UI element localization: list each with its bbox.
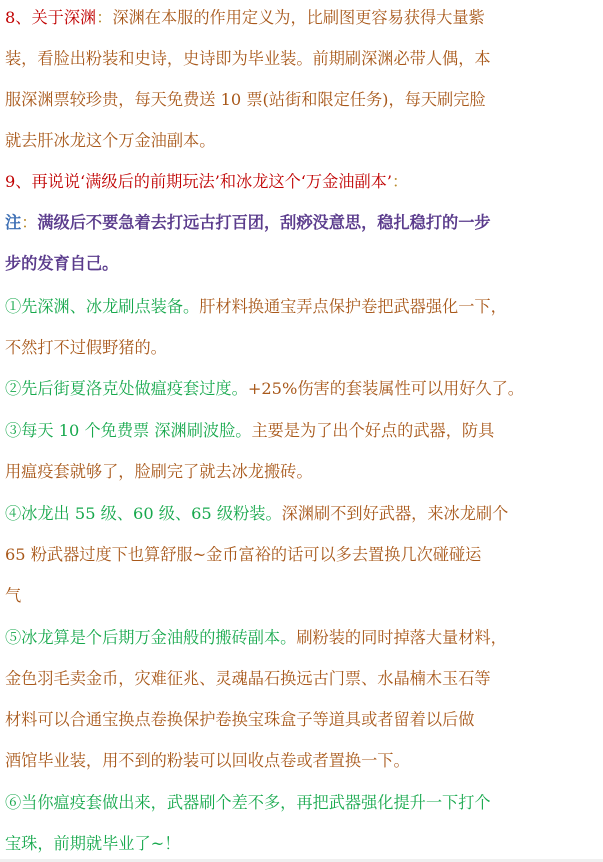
section-8-text: 深渊在本服的作用定义为，比刷图更容易获得大量紫: [112, 8, 484, 27]
tip-1-line-1: ①先深渊、冰龙刷点装备。肝材料换通宝弄点保护卷把武器强化一下，: [5, 296, 507, 318]
note-line-1: 注：满级后不要急着去打远古打百团，刮痧没意思，稳扎稳打的一步: [5, 212, 491, 234]
section-9-heading: 9、再说说‘满级后的前期玩法’和冰龙这个‘万金油副本’: [5, 172, 392, 191]
tip-5-line-4: 酒馆毕业装，用不到的粉装可以回收点卷或者置换一下。: [5, 750, 410, 772]
tip-6-line-2: 宝珠，前期就毕业了~！: [5, 833, 180, 855]
tip-2-line-1: ②先后街夏洛克处做瘟疫套过度。+25%伤害的套装属性可以用好久了。: [5, 378, 524, 400]
section-9-colon: ：: [392, 172, 408, 191]
tip-5-highlight: ⑤冰龙算是个后期万金油般的搬砖副本。: [5, 628, 296, 647]
tip-3-line-1: ③每天 10 个免费票 深渊刷波脸。主要是为了出个好点的武器，防具: [5, 420, 494, 442]
tip-2-text: +25%伤害的套装属性可以用好久了。: [248, 379, 524, 398]
tip-5-line-3: 材料可以合通宝换点卷换保护卷换宝珠盒子等道具或者留着以后做: [5, 709, 474, 731]
tip-5-line-1: ⑤冰龙算是个后期万金油般的搬砖副本。刷粉装的同时掉落大量材料，: [5, 627, 507, 649]
section-8-line-2: 装，看脸出粉装和史诗，史诗即为毕业装。前期刷深渊必带人偶，本: [5, 48, 491, 70]
tip-3-text: 主要是为了出个好点的武器，防具: [251, 421, 494, 440]
section-8-line-3: 服深渊票较珍贵，每天免费送 10 票(站街和限定任务)，每天刷完脸: [5, 89, 486, 111]
section-8-line-1: 8、关于深渊：深渊在本服的作用定义为，比刷图更容易获得大量紫: [5, 7, 485, 29]
note-text: 满级后不要急着去打远古打百团，刮痧没意思，稳扎稳打的一步: [37, 213, 490, 232]
tip-5-text: 刷粉装的同时掉落大量材料，: [296, 628, 506, 647]
tip-2-highlight: ②先后街夏洛克处做瘟疫套过度。: [5, 379, 248, 398]
tip-4-line-2: 65 粉武器过度下也算舒服~金币富裕的话可以多去置换几次碰碰运: [5, 544, 481, 566]
tip-1-text: 肝材料换通宝弄点保护卷把武器强化一下，: [199, 297, 507, 316]
tip-6-line-1: ⑥当你瘟疫套做出来，武器刷个差不多，再把武器强化提升一下打个: [5, 792, 491, 814]
section-8-heading: 8、关于深渊: [5, 8, 96, 27]
tip-1-highlight: ①先深渊、冰龙刷点装备。: [5, 297, 199, 316]
tip-4-highlight: ④冰龙出 55 级、60 级、65 级粉装。: [5, 504, 282, 523]
tip-1-line-2: 不然打不过假野猪的。: [5, 337, 167, 359]
tip-4-text: 深渊刷不到好武器，来冰龙刷个: [282, 504, 509, 523]
section-8-colon: ：: [96, 8, 112, 27]
section-8-line-4: 就去肝冰龙这个万金油副本。: [5, 130, 215, 152]
note-colon: ：: [21, 213, 37, 232]
tip-3-highlight: ③每天 10 个免费票 深渊刷波脸。: [5, 421, 251, 440]
section-9-heading-line: 9、再说说‘满级后的前期玩法’和冰龙这个‘万金油副本’：: [5, 171, 408, 193]
tip-3-line-2: 用瘟疫套就够了，脸刷完了就去冰龙搬砖。: [5, 461, 313, 483]
tip-4-line-3: 气: [5, 585, 21, 607]
tip-5-line-2: 金色羽毛卖金币，灾难征兆、灵魂晶石换远古门票、水晶楠木玉石等: [5, 668, 491, 690]
note-label: 注: [5, 213, 21, 232]
note-line-2: 步的发育自己。: [5, 253, 118, 275]
tip-4-line-1: ④冰龙出 55 级、60 级、65 级粉装。深渊刷不到好武器，来冰龙刷个: [5, 503, 508, 525]
